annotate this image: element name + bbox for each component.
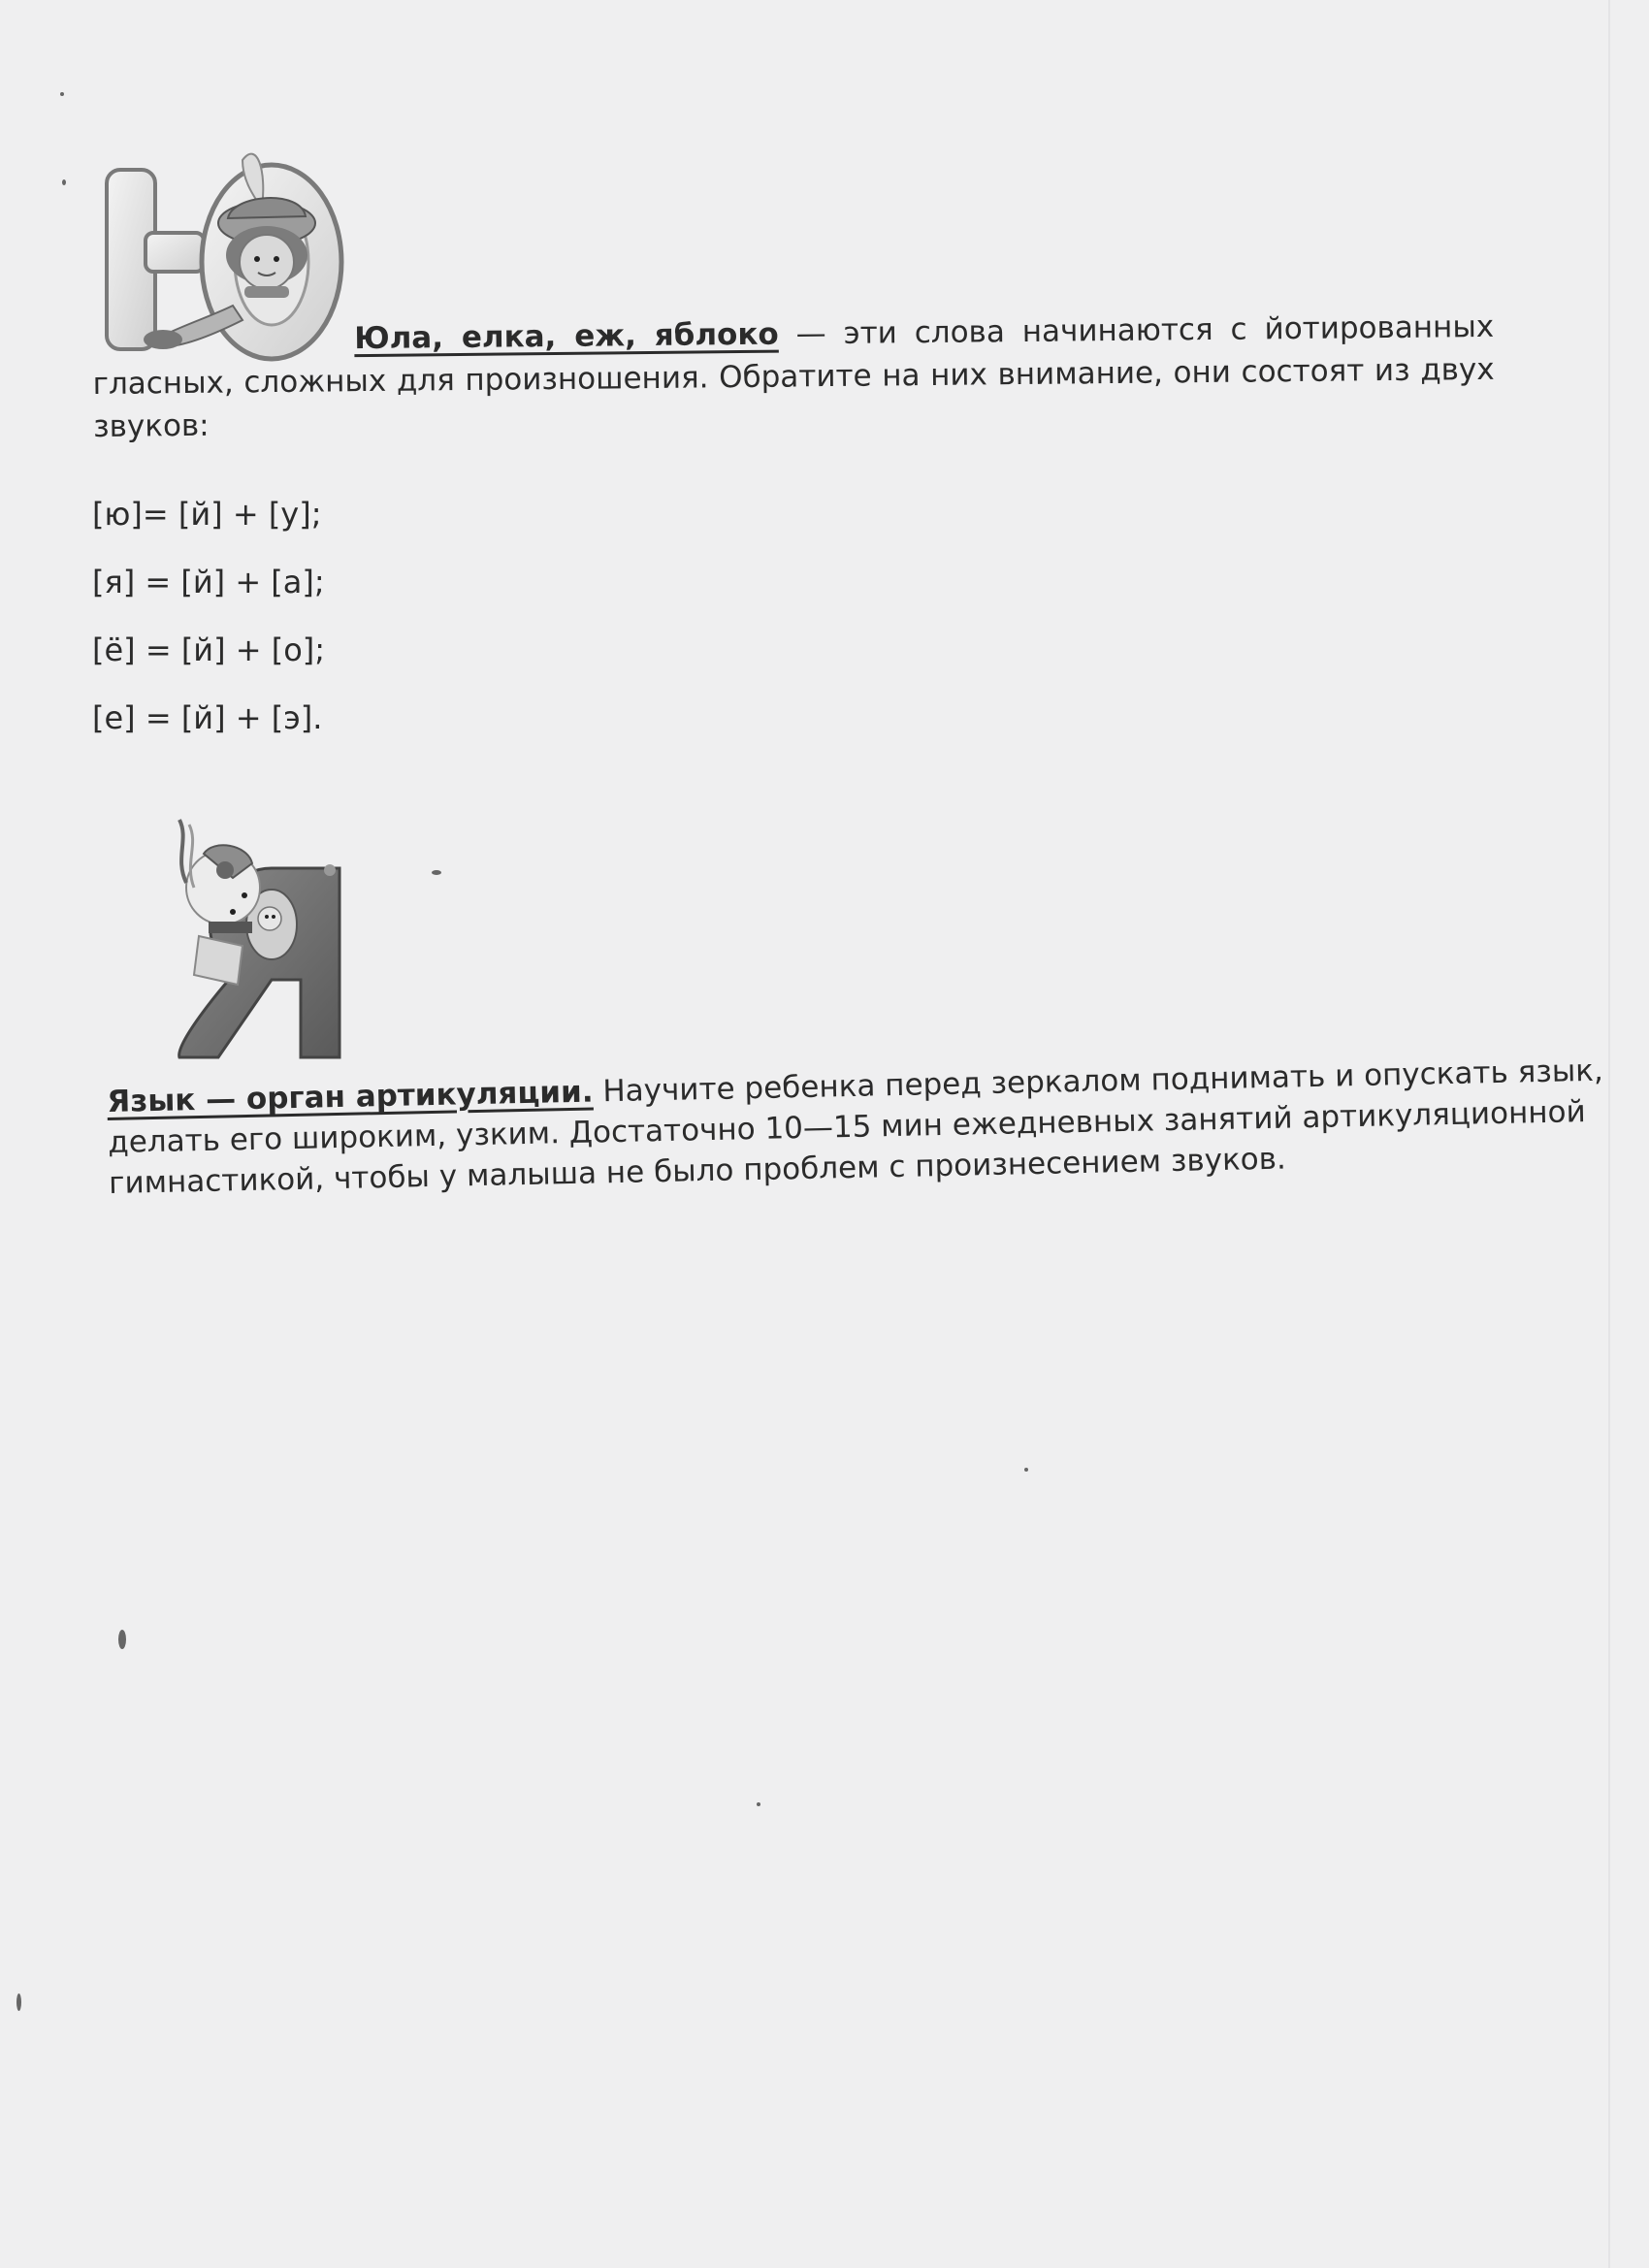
scan-speck	[60, 92, 64, 96]
formula-yu: [ю]= [й] + [у];	[92, 490, 325, 558]
scan-speck	[1024, 1468, 1028, 1472]
formula-yo: [ё] = [й] + [о];	[92, 626, 325, 694]
scan-speck	[432, 870, 441, 875]
scan-speck	[118, 1630, 126, 1649]
scan-speck	[757, 1802, 760, 1806]
paragraph-text: — эти слова начинаются с йотированных	[778, 309, 1494, 352]
scan-speck	[62, 179, 66, 185]
formula-ye: [е] = [й] + [э].	[92, 694, 325, 761]
lead-words: Юла, елка, еж, яблоко	[354, 317, 779, 357]
yotated-vowels-paragraph: Юла, елка, еж, яблоко — эти слова начина…	[92, 306, 1495, 448]
scan-speck	[16, 1993, 21, 2011]
sound-formulas: [ю]= [й] + [у]; [я] = [й] + [а]; [ё] = […	[92, 490, 325, 761]
page-edge	[1608, 0, 1610, 2268]
letter-ya-illustration	[155, 810, 349, 1072]
lead-words: Язык — орган артикуляции.	[107, 1075, 594, 1119]
formula-ya: [я] = [й] + [а];	[92, 558, 325, 626]
articulation-paragraph: Язык — орган артикуляции. Научите ребенк…	[107, 1053, 1515, 1204]
